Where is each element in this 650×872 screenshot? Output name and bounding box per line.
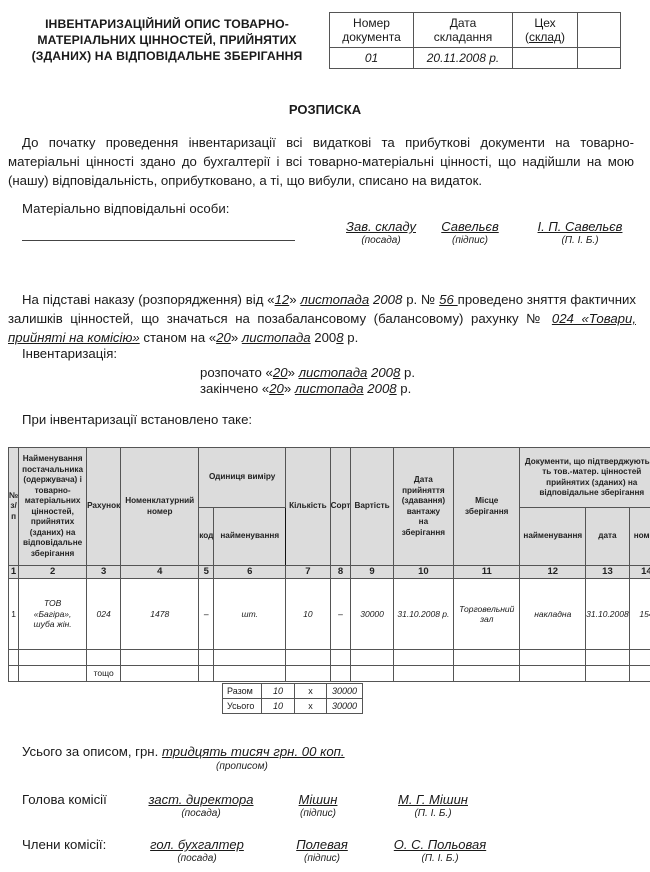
subtotal-grade: х xyxy=(295,684,327,699)
subtotal-row: Разом 10 х 30000 xyxy=(223,684,363,699)
document-title: ІНВЕНТАРИЗАЦІЙНИЙ ОПИС ТОВАРНО- МАТЕРІАЛ… xyxy=(14,16,320,64)
inventory-end: закінчено «20» листопада 2008 р. xyxy=(200,381,411,396)
cell-doc-name: накладна xyxy=(520,579,586,650)
member-signature: Полевая (підпис) xyxy=(290,837,354,864)
head-position: заст. директора (посада) xyxy=(145,792,257,819)
col-header-unit-name: найменування xyxy=(214,508,286,566)
col-header-item-number: Номенклатурний номер xyxy=(121,448,199,566)
responsible-position: Зав. складу (посада) xyxy=(338,219,424,246)
doc-number-label: Номер xyxy=(330,16,413,30)
doc-number-header: Номер документа xyxy=(330,13,414,48)
amount-caption: (прописом) xyxy=(216,761,268,772)
cell-value: 30000 xyxy=(351,579,393,650)
column-number: 10 xyxy=(393,566,453,579)
column-number: 7 xyxy=(286,566,330,579)
end-year-digit: 8 xyxy=(389,381,396,396)
end-month: листопада xyxy=(295,381,364,396)
date-label: складання xyxy=(414,30,512,44)
column-number: 1 xyxy=(9,566,19,579)
inventory-table: № з/п Найменування постачальника (одержу… xyxy=(8,447,650,682)
inventory-start: розпочато «20» листопада 2008 р. xyxy=(200,365,415,380)
cell-date-accepted: 31.10.2008 р. xyxy=(393,579,453,650)
col-header-date-accepted: Дата прийняття (здавання) вантажу на збе… xyxy=(393,448,453,566)
subtotal-quantity: 10 xyxy=(262,684,295,699)
start-day: 20 xyxy=(273,365,288,380)
col-header-value: Вартість xyxy=(351,448,393,566)
totals-table: Разом 10 х 30000 Усього 10 х 30000 xyxy=(222,683,363,714)
head-signature: Мішин (підпис) xyxy=(290,792,346,819)
commission-members-label: Члени комісії: xyxy=(22,837,106,852)
total-value: 30000 xyxy=(327,699,363,714)
col-header-doc-number: номер xyxy=(629,508,650,566)
column-numbers-row: 1 2 3 4 5 6 7 8 9 10 11 12 13 14 15 xyxy=(9,566,650,579)
blank-line xyxy=(22,240,295,241)
col-header-no: № з/п xyxy=(9,448,19,566)
order-number: 56 xyxy=(439,292,458,307)
carry-label: тощо xyxy=(87,666,121,682)
cell-doc-date: 31.10.2008 xyxy=(586,579,630,650)
cell-no: 1 xyxy=(9,579,19,650)
col-header-unit-group: Одиниця виміру xyxy=(199,448,286,508)
date-label: Дата xyxy=(414,16,512,30)
responsible-signature: Савельєв (підпис) xyxy=(434,219,506,246)
col-header-quantity: Кількість xyxy=(286,448,330,566)
order-day: 12 xyxy=(275,292,290,307)
table-row-empty xyxy=(9,650,650,666)
receipt-text: До початку проведення інвентаризації всі… xyxy=(8,133,634,190)
doc-number-label: документа xyxy=(330,30,413,44)
shop-value xyxy=(513,48,578,69)
findings-label: При інвентаризації встановлено таке: xyxy=(22,412,252,427)
summary-line: Усього за описом, грн. тридцять тисяч гр… xyxy=(22,744,345,759)
head-name: М. Г. Мішин (П. І. Б.) xyxy=(388,792,478,819)
document-header-box: Номер документа Дата складання Цех (скла… xyxy=(329,12,621,69)
receipt-title: РОЗПИСКА xyxy=(0,102,650,117)
table-row-carry: тощо xyxy=(9,666,650,682)
shop-header: Цех (склад) xyxy=(513,13,578,48)
cell-name: ТОВ «Багіра», шуба жін. xyxy=(19,579,87,650)
responsible-persons-label: Матеріально відповідальні особи: xyxy=(22,201,229,216)
member-name: О. С. Польовая (П. І. Б.) xyxy=(388,837,492,864)
start-month: листопада xyxy=(299,365,368,380)
order-year: 2008 xyxy=(373,292,402,307)
extra-header xyxy=(578,13,621,48)
shop-label: (склад) xyxy=(513,30,577,44)
title-line: МАТЕРІАЛЬНИХ ЦІННОСТЕЙ, ПРИЙНЯТИХ xyxy=(14,32,320,48)
cell-unit-code: – xyxy=(199,579,214,650)
subtotal-value: 30000 xyxy=(327,684,363,699)
extra-value xyxy=(578,48,621,69)
column-number: 8 xyxy=(330,566,351,579)
column-number: 6 xyxy=(214,566,286,579)
subtotal-label: Разом xyxy=(223,684,262,699)
column-number: 3 xyxy=(87,566,121,579)
title-line: ІНВЕНТАРИЗАЦІЙНИЙ ОПИС ТОВАРНО- xyxy=(14,16,320,32)
title-line: (ЗДАНИХ) НА ВІДПОВІДАЛЬНЕ ЗБЕРІГАННЯ xyxy=(14,48,320,64)
col-header-doc-date: дата xyxy=(586,508,630,566)
column-number: 12 xyxy=(520,566,586,579)
order-paragraph: На підставі наказу (розпорядження) від «… xyxy=(8,290,636,347)
col-header-name: Найменування постачальника (одержувача) … xyxy=(19,448,87,566)
commission-head-label: Голова комісії xyxy=(22,792,107,807)
shop-label: Цех xyxy=(513,16,577,30)
as-of-month: листопада xyxy=(242,330,311,345)
end-day: 20 xyxy=(269,381,284,396)
col-header-account: Рахунок xyxy=(87,448,121,566)
table-row: 1 ТОВ «Багіра», шуба жін. 024 1478 – шт.… xyxy=(9,579,650,650)
total-grade: х xyxy=(295,699,327,714)
cell-account: 024 xyxy=(87,579,121,650)
column-number: 11 xyxy=(454,566,520,579)
col-header-unit-code: код xyxy=(199,508,214,566)
col-header-doc-name: найменування xyxy=(520,508,586,566)
total-row: Усього 10 х 30000 xyxy=(223,699,363,714)
cell-item-number: 1478 xyxy=(121,579,199,650)
col-header-grade: Сорт xyxy=(330,448,351,566)
responsible-name: І. П. Савельєв (П. І. Б.) xyxy=(530,219,630,246)
order-month: листопада xyxy=(300,292,369,307)
as-of-day: 20 xyxy=(216,330,231,345)
cell-quantity: 10 xyxy=(286,579,330,650)
cell-unit-name: шт. xyxy=(214,579,286,650)
date-value: 20.11.2008 р. xyxy=(414,48,513,69)
column-number: 4 xyxy=(121,566,199,579)
column-number: 14 xyxy=(629,566,650,579)
cell-doc-number: 154 xyxy=(629,579,650,650)
cell-storage-place: Торговельний зал xyxy=(454,579,520,650)
warehouse-word: склад xyxy=(529,30,561,44)
column-number: 9 xyxy=(351,566,393,579)
column-number: 2 xyxy=(19,566,87,579)
amount-in-words: тридцять тисяч грн. 00 коп. xyxy=(162,744,345,759)
date-header: Дата складання xyxy=(414,13,513,48)
column-number: 5 xyxy=(199,566,214,579)
col-header-docs-group: Документи, що підтверджують к-ть тов.-ма… xyxy=(520,448,650,508)
as-of-year-digit: 8 xyxy=(336,330,343,345)
doc-number-value: 01 xyxy=(330,48,414,69)
col-header-storage-place: Місце зберігання xyxy=(454,448,520,566)
member-position: гол. бухгалтер (посада) xyxy=(145,837,249,864)
inventory-label: Інвентаризація: xyxy=(22,346,117,361)
column-number: 13 xyxy=(586,566,630,579)
total-label: Усього xyxy=(223,699,262,714)
cell-grade: – xyxy=(330,579,351,650)
total-quantity: 10 xyxy=(262,699,295,714)
